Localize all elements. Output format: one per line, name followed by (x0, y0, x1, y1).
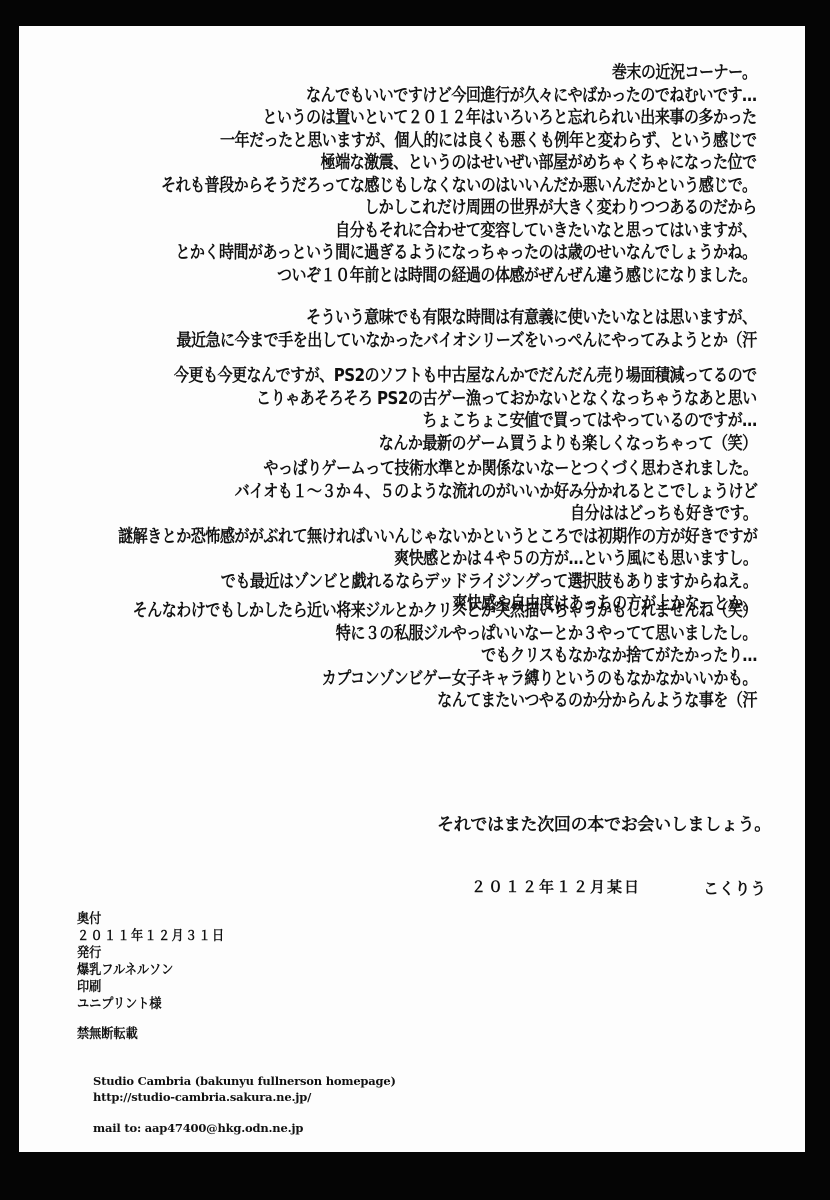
paragraph-ps2: 今更も今更なんですが、PS2のソフトも中古屋なんかでだんだん売り場面積減ってるの… (174, 365, 757, 455)
text-line: ちょこちょこ安値で買ってはやっているのですが… (174, 410, 757, 433)
text-line: しかしこれだけ周囲の世界が大きく変わりつつあるのだから (161, 197, 757, 220)
colophon-date: ２０１１年１２月３１日 (77, 928, 226, 945)
reprint-notice: 禁無断転載 (77, 1026, 226, 1043)
text-line: カプコンゾンビゲー女子キャラ縛りというのもなかなかいいかも。 (133, 668, 757, 691)
publisher-name: 爆乳フルネルソン (77, 962, 226, 979)
publisher-label: 発行 (77, 945, 226, 962)
text-line: そんなわけでもしかしたら近い将来ジルとかクリスとか突然描いちゃうかもしれませんね… (133, 600, 757, 623)
text-line: とかく時間があっという間に過ぎるようになっちゃったのは歳のせいなんでしょうかね。 (161, 242, 757, 265)
homepage-url: http://studio-cambria.sakura.ne.jp/ (93, 1089, 396, 1105)
text-line: でも最近はゾンビと戯れるならデッドライジングって選択肢もありますからねえ。 (118, 571, 757, 594)
studio-name: Studio Cambria (bakunyu fullnerson homep… (93, 1073, 396, 1089)
text-line: なんでもいいですけど今回進行が久々にやばかったのでねむいです… (161, 85, 757, 108)
text-line: それも普段からそうだろってな感じもしなくないのはいいんだか悪いんだかという感じで… (161, 175, 757, 198)
text-line: 自分もそれに合わせて変容していきたいなと思ってはいますが、 (161, 220, 757, 243)
paragraph-time: そういう意味でも有限な時間は有意義に使いたいなとは思いますが、 最近急に今まで手… (177, 307, 757, 352)
text-line: 最近急に今まで手を出していなかったバイオシリーズをいっぺんにやってみようとか（汗 (177, 330, 757, 353)
text-line: 今更も今更なんですが、PS2のソフトも中古屋なんかでだんだん売り場面積減ってるの… (174, 365, 757, 388)
text-line: そういう意味でも有限な時間は有意義に使いたいなとは思いますが、 (177, 307, 757, 330)
text-line: 極端な激震、というのはせいぜい部屋がめちゃくちゃになった位で (161, 152, 757, 175)
colophon: 奥付 ２０１１年１２月３１日 発行 爆乳フルネルソン 印刷 ユニプリント様 禁無… (77, 911, 226, 1043)
contact-info: Studio Cambria (bakunyu fullnerson homep… (93, 1073, 396, 1136)
text-line: 謎解きとか恐怖感ががぶれて無ければいいんじゃないかというところでは初期作の方が好… (118, 526, 757, 549)
text-line: バイオも１～３か４、５のような流れのがいいか好み分かれるとこでしょうけど (118, 481, 757, 504)
document-page: 巻末の近況コーナー。 なんでもいいですけど今回進行が久々にやばかったのでねむいで… (19, 26, 805, 1152)
text-line: 一年だったと思いますが、個人的には良くも悪くも例年と変わらず、という感じで (161, 130, 757, 153)
signature-date: ２０１２年１２月某日 (471, 876, 641, 897)
paragraph-recent-news: 巻末の近況コーナー。 なんでもいいですけど今回進行が久々にやばかったのでねむいで… (161, 62, 757, 287)
printer-label: 印刷 (77, 979, 226, 996)
text-line: 巻末の近況コーナー。 (161, 62, 757, 85)
farewell-line: それではまた次回の本でお会いしましょう。 (437, 810, 771, 835)
paragraph-biohazard: やっぱりゲームって技術水準とか関係ないなーとつくづく思わされました。 バイオも１… (118, 458, 757, 616)
text-line: なんか最新のゲーム買うよりも楽しくなっちゃって（笑） (174, 433, 757, 456)
paragraph-future-plans: そんなわけでもしかしたら近い将来ジルとかクリスとか突然描いちゃうかもしれませんね… (133, 600, 757, 713)
signature-author: こくりう (703, 876, 766, 899)
text-line: ついぞ１０年前とは時間の経過の体感がぜんぜん違う感じになりました。 (161, 265, 757, 288)
text-line: 自分ははどっちも好きです。 (118, 503, 757, 526)
text-line: というのは置いといて２０１２年はいろいろと忘れられい出来事の多かった (161, 107, 757, 130)
text-line: 爽快感とかは４や５の方が…という風にも思いますし。 (118, 548, 757, 571)
text-line: やっぱりゲームって技術水準とか関係ないなーとつくづく思わされました。 (118, 458, 757, 481)
text-line: なんてまたいつやるのか分からんような事を（汗 (133, 690, 757, 713)
text-line: 特に３の私服ジルやっぱいいなーとか３やってて思いましたし。 (133, 623, 757, 646)
text-line: でもクリスもなかなか捨てがたかったり… (133, 645, 757, 668)
text-line: こりゃあそろそろ PS2の古ゲー漁っておかないとなくなっちゃうなあと思い (174, 388, 757, 411)
colophon-title: 奥付 (77, 911, 226, 928)
mail-address: mail to: aap47400@hkg.odn.ne.jp (93, 1120, 396, 1136)
printer-name: ユニプリント様 (77, 996, 226, 1013)
